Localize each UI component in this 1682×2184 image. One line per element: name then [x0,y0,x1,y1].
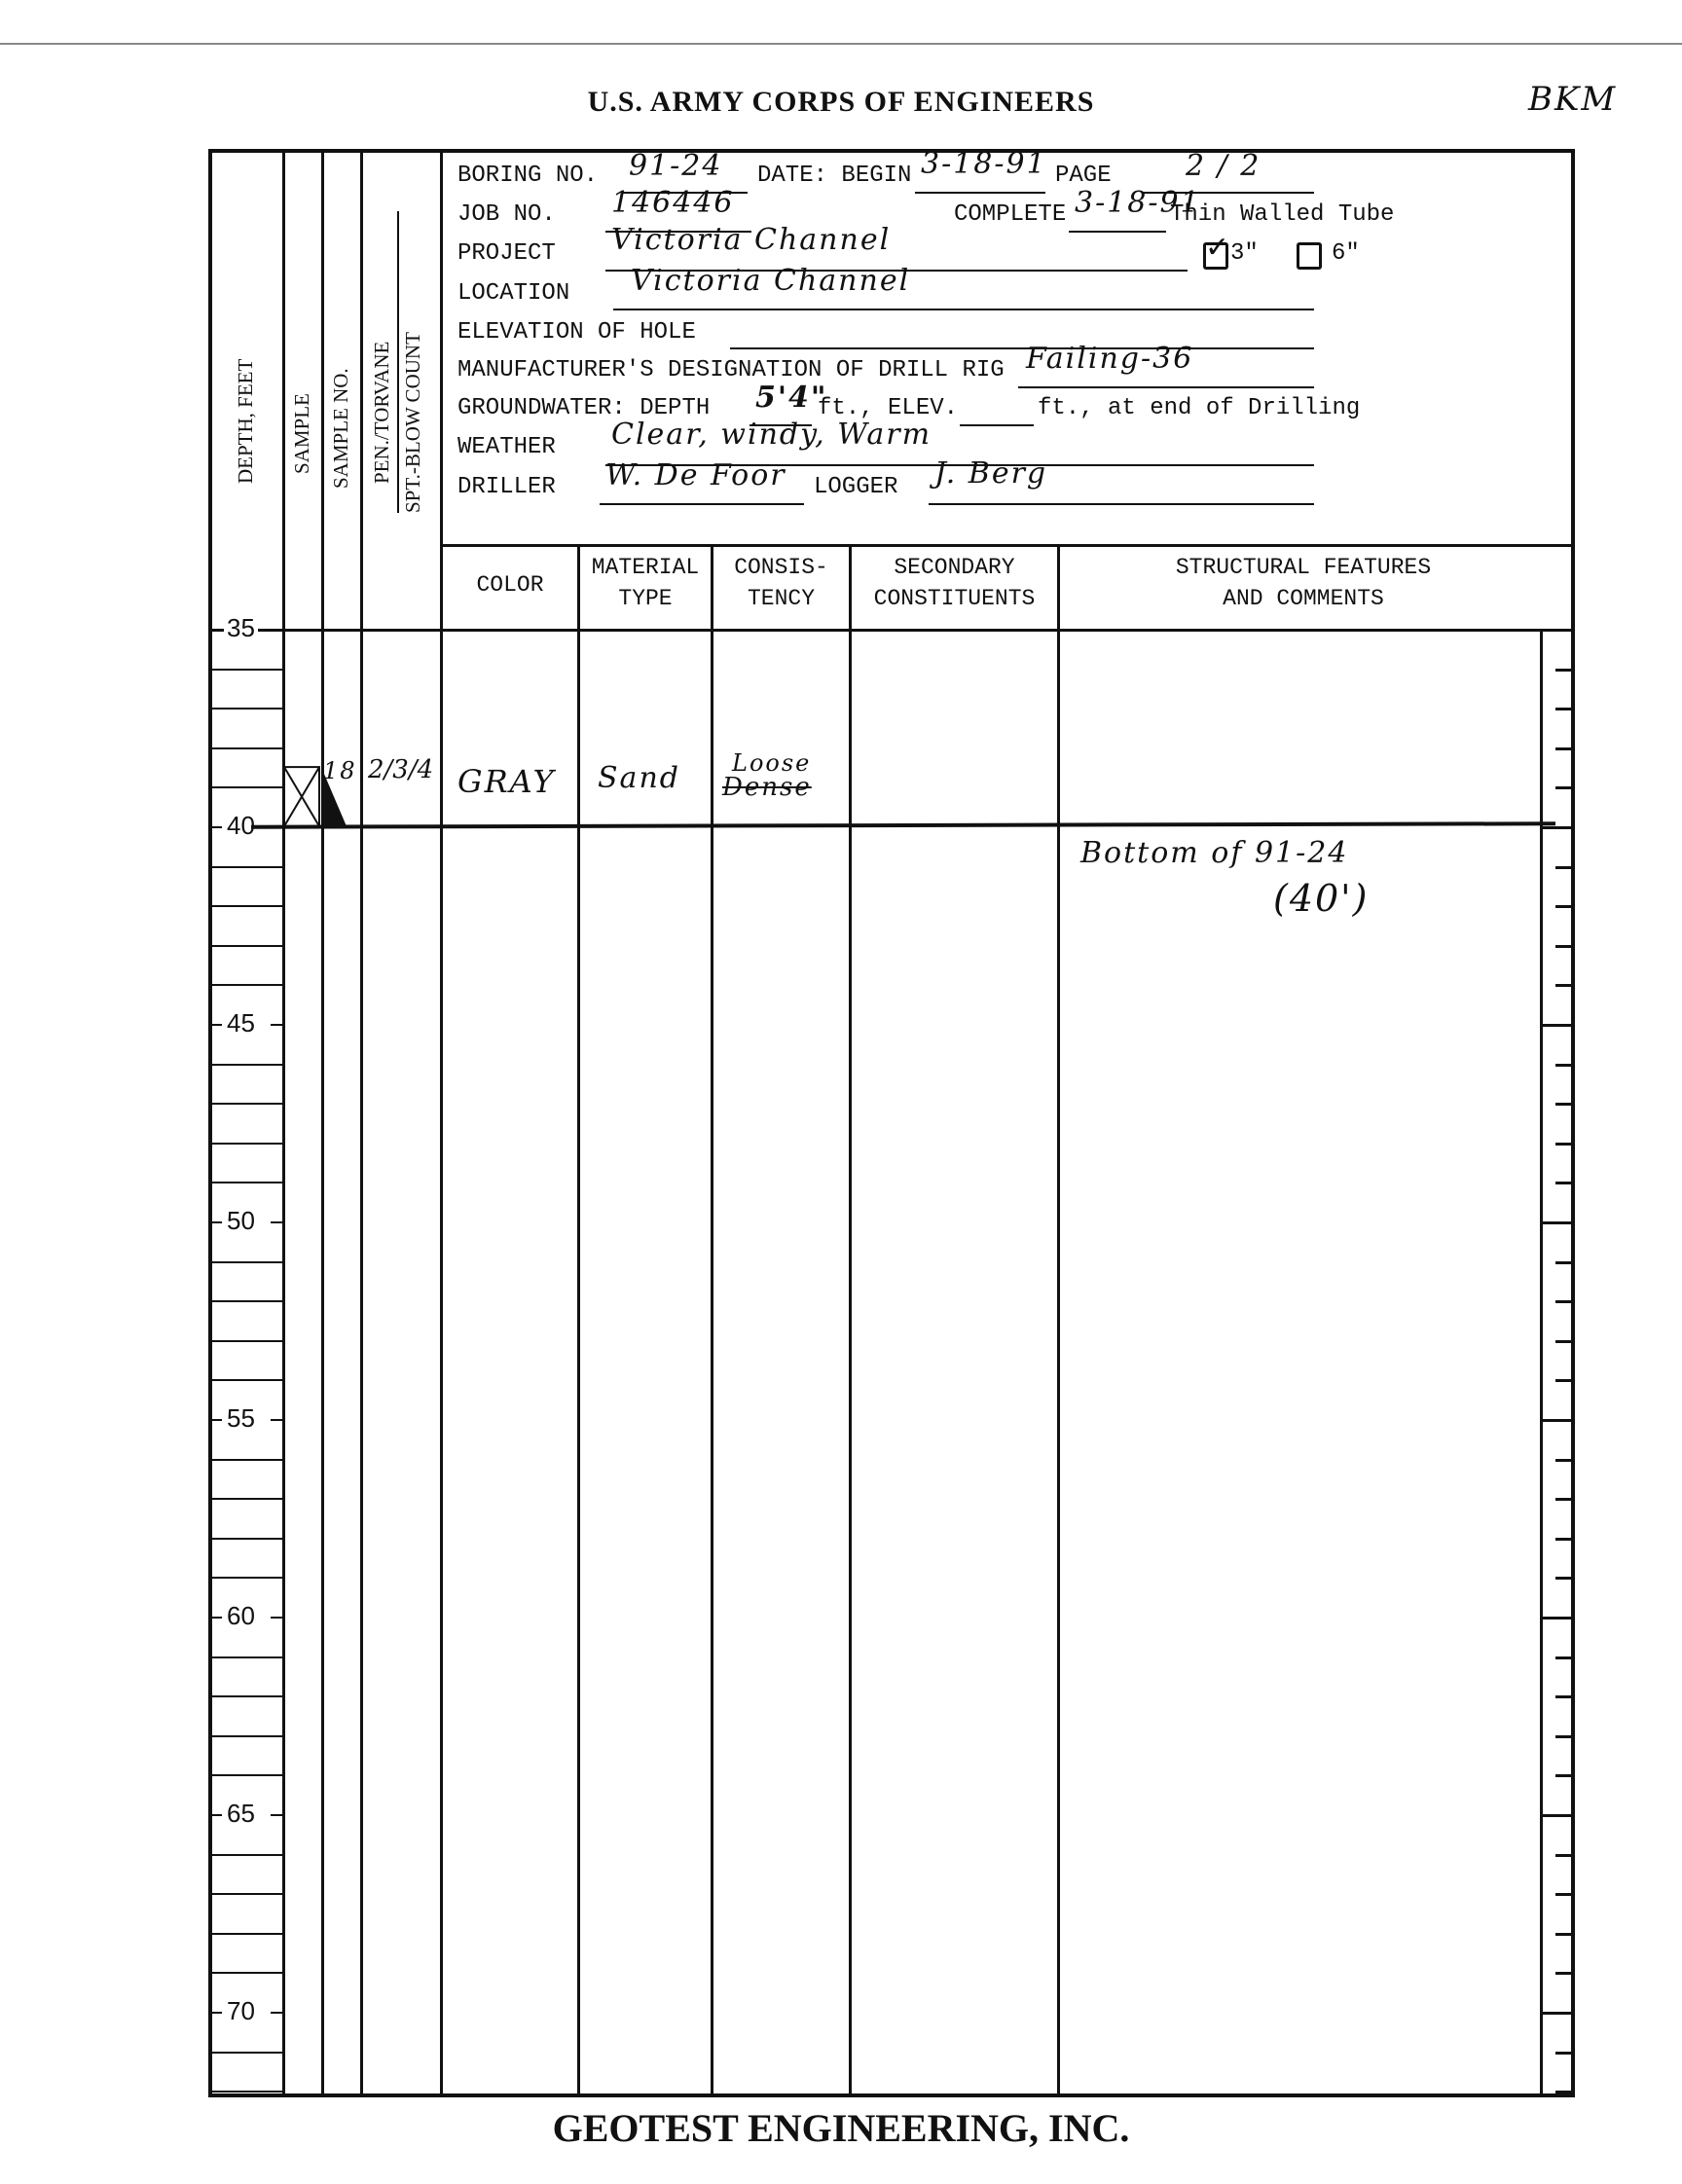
tube-6in-label: 6" [1332,240,1360,267]
depth-label: 55 [224,1403,258,1434]
sample-symbol-icon [282,153,362,2097]
strip-tick [1555,1893,1575,1896]
project-label: PROJECT [457,240,556,267]
strip-tick [1555,747,1575,750]
depth-tick [271,1221,282,1223]
depth-tick [212,1972,282,1974]
strip-tick [1540,1221,1575,1224]
logger-label: LOGGER [814,474,897,500]
depth-tick [212,1498,282,1500]
tube-3in-label: 3" [1230,240,1259,267]
reviewer-initials: BKM [1528,80,1617,119]
company-footer: GEOTEST ENGINEERING, INC. [0,2105,1682,2151]
depth-tick [212,1024,222,1026]
col-header-material-type: MATERIAL TYPE [580,552,711,614]
depth-tick [212,1419,222,1421]
depth-tick [212,1221,222,1223]
depth-tick [212,905,282,907]
table-header-top [440,544,1575,547]
strip-tick [1555,1064,1575,1067]
strip-tick [1555,669,1575,672]
strip-tick [1540,1814,1575,1817]
strip-tick [1555,1538,1575,1541]
depth-label: 60 [224,1601,258,1631]
depth-tick [212,669,282,671]
consistency-struck-value: Dense [722,773,812,802]
depth-tick [212,1933,282,1935]
boring-no-value[interactable]: 91-24 [629,149,722,183]
col-header-consistency: CONSIS- TENCY [713,552,849,614]
depth-tick [212,1064,282,1066]
comment-value: Bottom of 91-24 [1080,836,1348,870]
job-no-value[interactable]: 146446 [611,186,735,220]
depth-tick [212,1340,282,1342]
strip-tick [1555,984,1575,987]
depth-tick [212,1103,282,1105]
elevation-label: ELEVATION OF HOLE [457,319,696,346]
depth-tick [212,2091,282,2093]
color-value: GRAY [457,763,556,800]
depth-tick [271,1814,282,1816]
strip-tick [1555,1340,1575,1343]
depth-tick [212,1695,282,1697]
divider-structural-strip [1540,629,1543,2097]
weather-value[interactable]: Clear, windy, Warm [611,418,932,452]
depth-tick [212,1143,282,1145]
col-header-color: COLOR [443,569,577,601]
job-no-label: JOB NO. [457,201,556,228]
depth-tick [212,708,282,710]
depth-tick [212,1459,282,1461]
depth-tick [212,1854,282,1856]
strip-tick [1555,1577,1575,1580]
bottom-of-boring-line [251,821,1555,829]
strip-tick [1555,1459,1575,1462]
comment-depth-value: (40') [1273,877,1369,920]
strip-tick [1540,826,1575,829]
divider-secondary-structural [1057,544,1060,2097]
strip-tick [1555,1933,1575,1936]
header-spt-blow-count: SPT.-BLOW COUNT [401,332,425,513]
depth-label: 65 [224,1799,258,1829]
depth-tick [212,786,282,788]
complete-label: COMPLETE [954,201,1066,228]
strip-tick [1555,1656,1575,1659]
strip-tick [1555,786,1575,789]
depth-label: 50 [224,1206,258,1236]
strip-tick [1540,1024,1575,1027]
strip-tick [1555,1143,1575,1146]
depth-tick [212,984,282,986]
strip-tick [1555,1261,1575,1264]
depth-tick [212,1261,282,1263]
col-header-secondary-constituents: SECONDARY CONSTITUENTS [852,552,1057,614]
depth-tick [212,1774,282,1776]
depth-tick [212,1379,282,1381]
strip-tick [1555,1695,1575,1698]
strip-tick [1555,2052,1575,2055]
strip-tick [1540,1419,1575,1422]
date-begin-value[interactable]: 3-18-91 [921,147,1047,181]
weather-label: WEATHER [457,434,556,460]
depth-tick [271,2012,282,2014]
elevation-field[interactable] [730,347,1314,349]
depth-tick [212,1893,282,1895]
header-depth-feet: DEPTH, FEET [234,359,258,484]
strip-tick [1555,1854,1575,1857]
depth-tick [212,1735,282,1737]
logger-value[interactable]: J. Berg [934,456,1047,491]
col-header-structural-features: STRUCTURAL FEATURES AND COMMENTS [1060,552,1547,614]
scan-artifact-line [0,43,1682,45]
depth-tick [212,2052,282,2054]
sample-no-value: 18 [323,757,357,784]
divider-pen-form [440,153,443,2097]
date-begin-label: DATE: BEGIN [757,163,911,189]
depth-tick [212,1577,282,1579]
divider-material-consistency [711,544,713,2097]
depth-tick [212,866,282,868]
strip-tick [1540,1617,1575,1620]
depth-tick [212,1617,222,1619]
checkmark-icon: ✓ [1205,231,1229,265]
tube-6in-checkbox[interactable] [1297,242,1322,270]
pen-spt-divider [397,211,399,513]
depth-tick [212,945,282,947]
header-pen-torvane: PEN./TORVANE [370,342,394,484]
depth-label: 45 [224,1008,258,1038]
depth-label: 70 [224,1996,258,2026]
strip-tick [1540,629,1575,632]
driller-value[interactable]: W. De Foor [605,458,786,492]
strip-tick [1555,1735,1575,1738]
depth-label: 35 [224,613,258,643]
strip-tick [1555,1379,1575,1382]
depth-tick [212,1814,222,1816]
strip-tick [1555,905,1575,908]
strip-tick [1555,1774,1575,1777]
strip-tick [1555,1182,1575,1184]
depth-tick [212,747,282,749]
boring-no-label: BORING NO. [457,163,598,189]
groundwater-elev-field[interactable] [960,424,1034,426]
boring-log-form: DEPTH, FEET SAMPLE SAMPLE NO. PEN./TORVA… [208,149,1575,2097]
depth-tick [271,1024,282,1026]
strip-tick [1555,1972,1575,1975]
driller-label: DRILLER [457,474,556,500]
depth-tick [271,1419,282,1421]
project-value[interactable]: Victoria Channel [611,223,891,257]
end-of-drilling-label: ft., at end of Drilling [1038,395,1360,421]
strip-tick [1555,2091,1575,2093]
strip-tick [1555,708,1575,710]
depth-tick [212,2012,222,2014]
material-type-value: Sand [598,761,680,795]
depth-tick [212,1300,282,1302]
location-label: LOCATION [457,280,569,307]
strip-tick [1555,1498,1575,1501]
depth-tick [212,1538,282,1540]
drill-rig-value[interactable]: Failing-36 [1026,342,1193,376]
agency-title: U.S. ARMY CORPS OF ENGINEERS [0,86,1682,119]
location-value[interactable]: Victoria Channel [631,264,910,298]
depth-tick [212,1182,282,1183]
page-label: PAGE [1055,163,1112,189]
thin-walled-tube-label: Thin Walled Tube [1170,201,1394,228]
strip-tick [1555,1300,1575,1303]
depth-tick [212,826,222,828]
strip-tick [1555,866,1575,869]
divider-color-material [577,544,580,2097]
blow-count-value: 2/3/4 [368,755,433,784]
depth-tick [212,1656,282,1658]
strip-tick [1540,2012,1575,2015]
drill-rig-label: MANUFACTURER'S DESIGNATION OF DRILL RIG [457,357,1005,383]
divider-consistency-secondary [849,544,852,2097]
depth-tick [271,1617,282,1619]
strip-tick [1555,945,1575,948]
page-value[interactable]: 2 / 2 [1186,149,1261,183]
strip-tick [1555,1103,1575,1106]
